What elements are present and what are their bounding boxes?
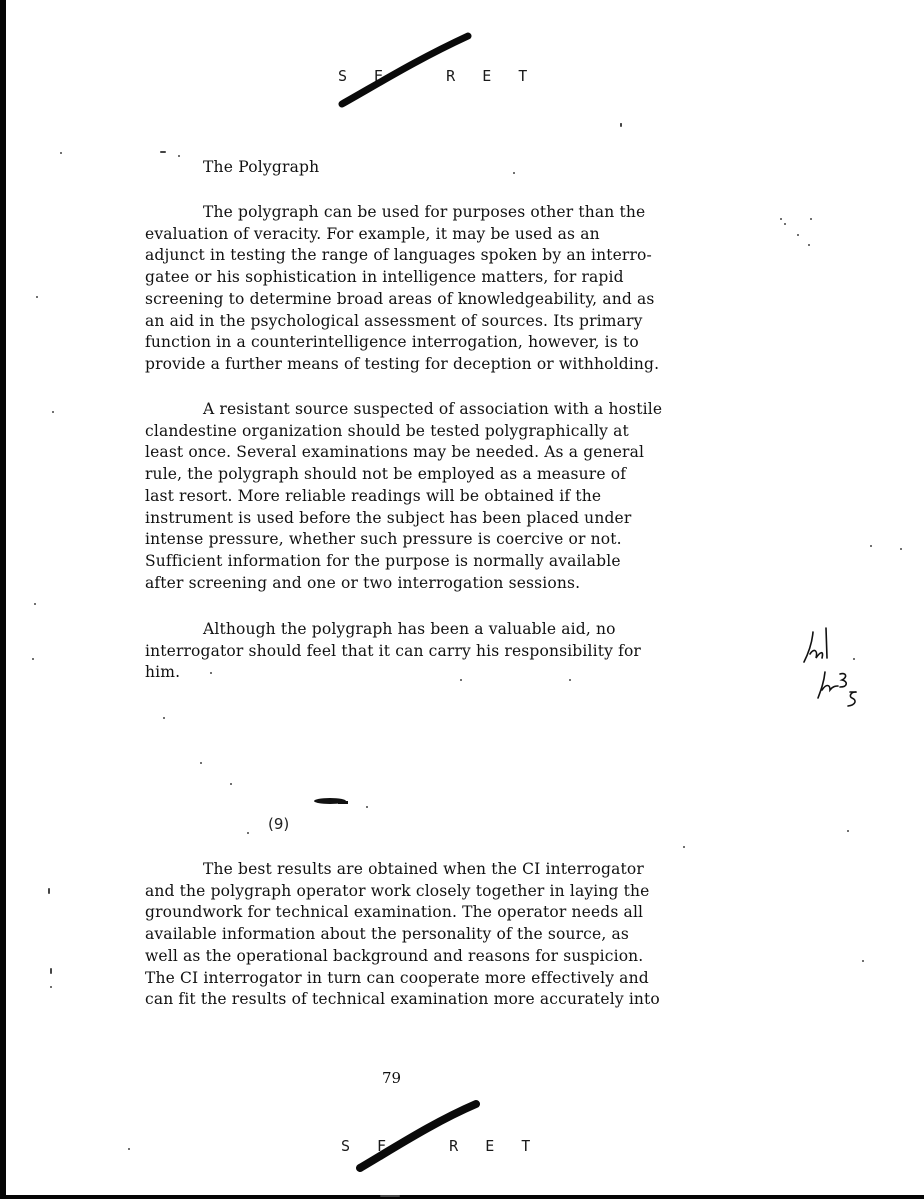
text-line: available information about the personal…	[145, 924, 660, 946]
ink-smudge-icon	[312, 797, 350, 805]
text-line: rule, the polygraph should not be employ…	[145, 464, 662, 486]
scan-speck	[178, 155, 180, 157]
text-line: screening to determine broad areas of kn…	[145, 289, 659, 311]
scan-speck	[230, 783, 232, 785]
handwritten-annotation-icon: b1 b3 5	[800, 620, 870, 710]
scan-speck	[36, 296, 38, 298]
text-line: can fit the results of technical examina…	[145, 989, 660, 1011]
classification-footer: S F R E T	[341, 1137, 539, 1155]
scan-speck	[50, 986, 52, 988]
scan-speck	[797, 234, 799, 236]
scan-border-bottom	[0, 1195, 924, 1199]
text-line: adjunct in testing the range of language…	[145, 245, 659, 267]
scan-speck	[808, 244, 810, 246]
text-line: well as the operational background and r…	[145, 946, 660, 968]
scan-speck	[210, 672, 212, 674]
scan-speck	[513, 172, 515, 174]
text-line: and the polygraph operator work closely …	[145, 881, 660, 903]
footnote-marker: (9)	[268, 815, 289, 833]
scan-speck	[380, 1195, 400, 1197]
scan-border-left	[0, 0, 6, 1199]
paragraph-4: The best results are obtained when the C…	[145, 859, 660, 1011]
text-line: Although the polygraph has been a valuab…	[145, 619, 641, 641]
text-line: him.	[145, 662, 641, 684]
scan-speck	[900, 548, 902, 550]
page-number: 79	[382, 1069, 401, 1087]
paragraph-2: A resistant source suspected of associat…	[145, 399, 662, 594]
redaction-strike-icon	[354, 1096, 484, 1176]
scan-speck	[862, 960, 864, 962]
scan-speck	[847, 830, 849, 832]
scan-speck	[52, 411, 54, 413]
text-line: last resort. More reliable readings will…	[145, 486, 662, 508]
text-line: clandestine organization should be teste…	[145, 421, 662, 443]
scan-speck	[460, 679, 462, 681]
scan-speck	[160, 151, 166, 153]
classification-header: S E R E T	[338, 67, 536, 85]
text-line: Sufficient information for the purpose i…	[145, 551, 662, 573]
scan-speck	[163, 717, 165, 719]
scan-speck	[200, 762, 202, 764]
paragraph-3: Although the polygraph has been a valuab…	[145, 619, 641, 684]
scan-speck	[247, 832, 249, 834]
scan-speck	[780, 218, 782, 220]
text-line: intense pressure, whether such pressure …	[145, 529, 662, 551]
scan-speck	[810, 218, 812, 220]
scan-speck	[128, 1148, 130, 1150]
section-title: The Polygraph	[203, 158, 319, 176]
text-line: after screening and one or two interroga…	[145, 573, 662, 595]
scan-speck	[870, 545, 872, 547]
text-line: The CI interrogator in turn can cooperat…	[145, 968, 660, 990]
scan-speck	[620, 123, 622, 127]
paragraph-1: The polygraph can be used for purposes o…	[145, 202, 659, 376]
text-line: least once. Several examinations may be …	[145, 442, 662, 464]
scan-speck	[853, 658, 855, 660]
text-line: an aid in the psychological assessment o…	[145, 311, 659, 333]
scan-speck	[32, 658, 34, 660]
scan-speck	[683, 846, 685, 848]
text-line: provide a further means of testing for d…	[145, 354, 659, 376]
scan-speck	[366, 806, 368, 808]
text-line: evaluation of veracity. For example, it …	[145, 224, 659, 246]
text-line: interrogator should feel that it can car…	[145, 641, 641, 663]
scan-speck	[48, 888, 50, 894]
text-line: function in a counterintelligence interr…	[145, 332, 659, 354]
scan-speck	[569, 679, 571, 681]
text-line: A resistant source suspected of associat…	[145, 399, 662, 421]
text-line: instrument is used before the subject ha…	[145, 508, 662, 530]
scan-speck	[34, 603, 36, 605]
scan-speck	[50, 968, 52, 974]
text-line: gatee or his sophistication in intellige…	[145, 267, 659, 289]
text-line: The best results are obtained when the C…	[145, 859, 660, 881]
text-line: groundwork for technical examination. Th…	[145, 902, 660, 924]
text-line: The polygraph can be used for purposes o…	[145, 202, 659, 224]
scan-speck	[207, 862, 209, 864]
scan-speck	[784, 223, 786, 225]
scan-speck	[60, 152, 62, 154]
document-page: S E R E T The Polygraph The polygraph ca…	[0, 0, 924, 1199]
